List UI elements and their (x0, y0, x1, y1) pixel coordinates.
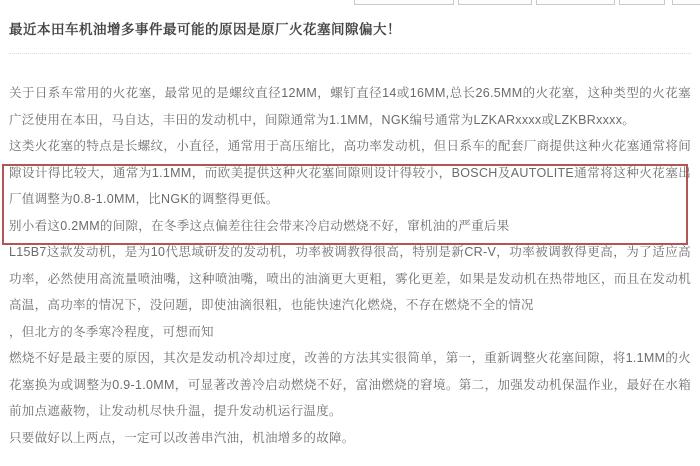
paragraph-gap-design: 这类火花塞的特点是长螺纹，小直径，通常用于高压缩比，高功率发动机，但日系车的配套… (9, 133, 691, 213)
article-body: 关于日系车常用的火花塞，最常见的是螺纹直径12MM，螺钉直径14或16MM,总长… (9, 80, 691, 451)
paragraph-solutions: 燃烧不好是最主要的原因，其次是发动机冷却过度，改善的方法其实很简单，第一，重新调… (9, 345, 691, 425)
clipped-button-5[interactable] (672, 0, 700, 5)
clipped-button-4[interactable] (619, 0, 665, 5)
clipped-button-1[interactable] (354, 0, 454, 5)
clipped-button-3[interactable] (536, 0, 615, 5)
title-divider (9, 53, 691, 54)
paragraph-gap-consequence: 别小看这0.2MM的间隙，在冬季这点偏差往往会带来冷启动燃烧不好，窜机油的严重后… (9, 213, 691, 240)
top-toolbar (0, 0, 700, 8)
page-title: 最近本田车机油增多事件最可能的原因是原厂火花塞间隙偏大！ (9, 21, 691, 38)
article: 最近本田车机油增多事件最可能的原因是原厂火花塞间隙偏大！ 关于日系车常用的火花塞… (0, 0, 700, 451)
paragraph-conclusion: 只要做好以上两点，一定可以改善串汽油，机油增多的故障。 (9, 425, 691, 452)
paragraph-l15b7-engine: L15B7这款发动机，是为10代思域研发的发动机，功率被调教得很高，特别是新CR… (9, 239, 691, 319)
paragraph-north-winter: ，但北方的冬季寒冷程度，可想而知 (9, 319, 691, 346)
clipped-button-2[interactable] (458, 0, 532, 5)
paragraph-spark-plug-specs: 关于日系车常用的火花塞，最常见的是螺纹直径12MM，螺钉直径14或16MM,总长… (9, 80, 691, 133)
